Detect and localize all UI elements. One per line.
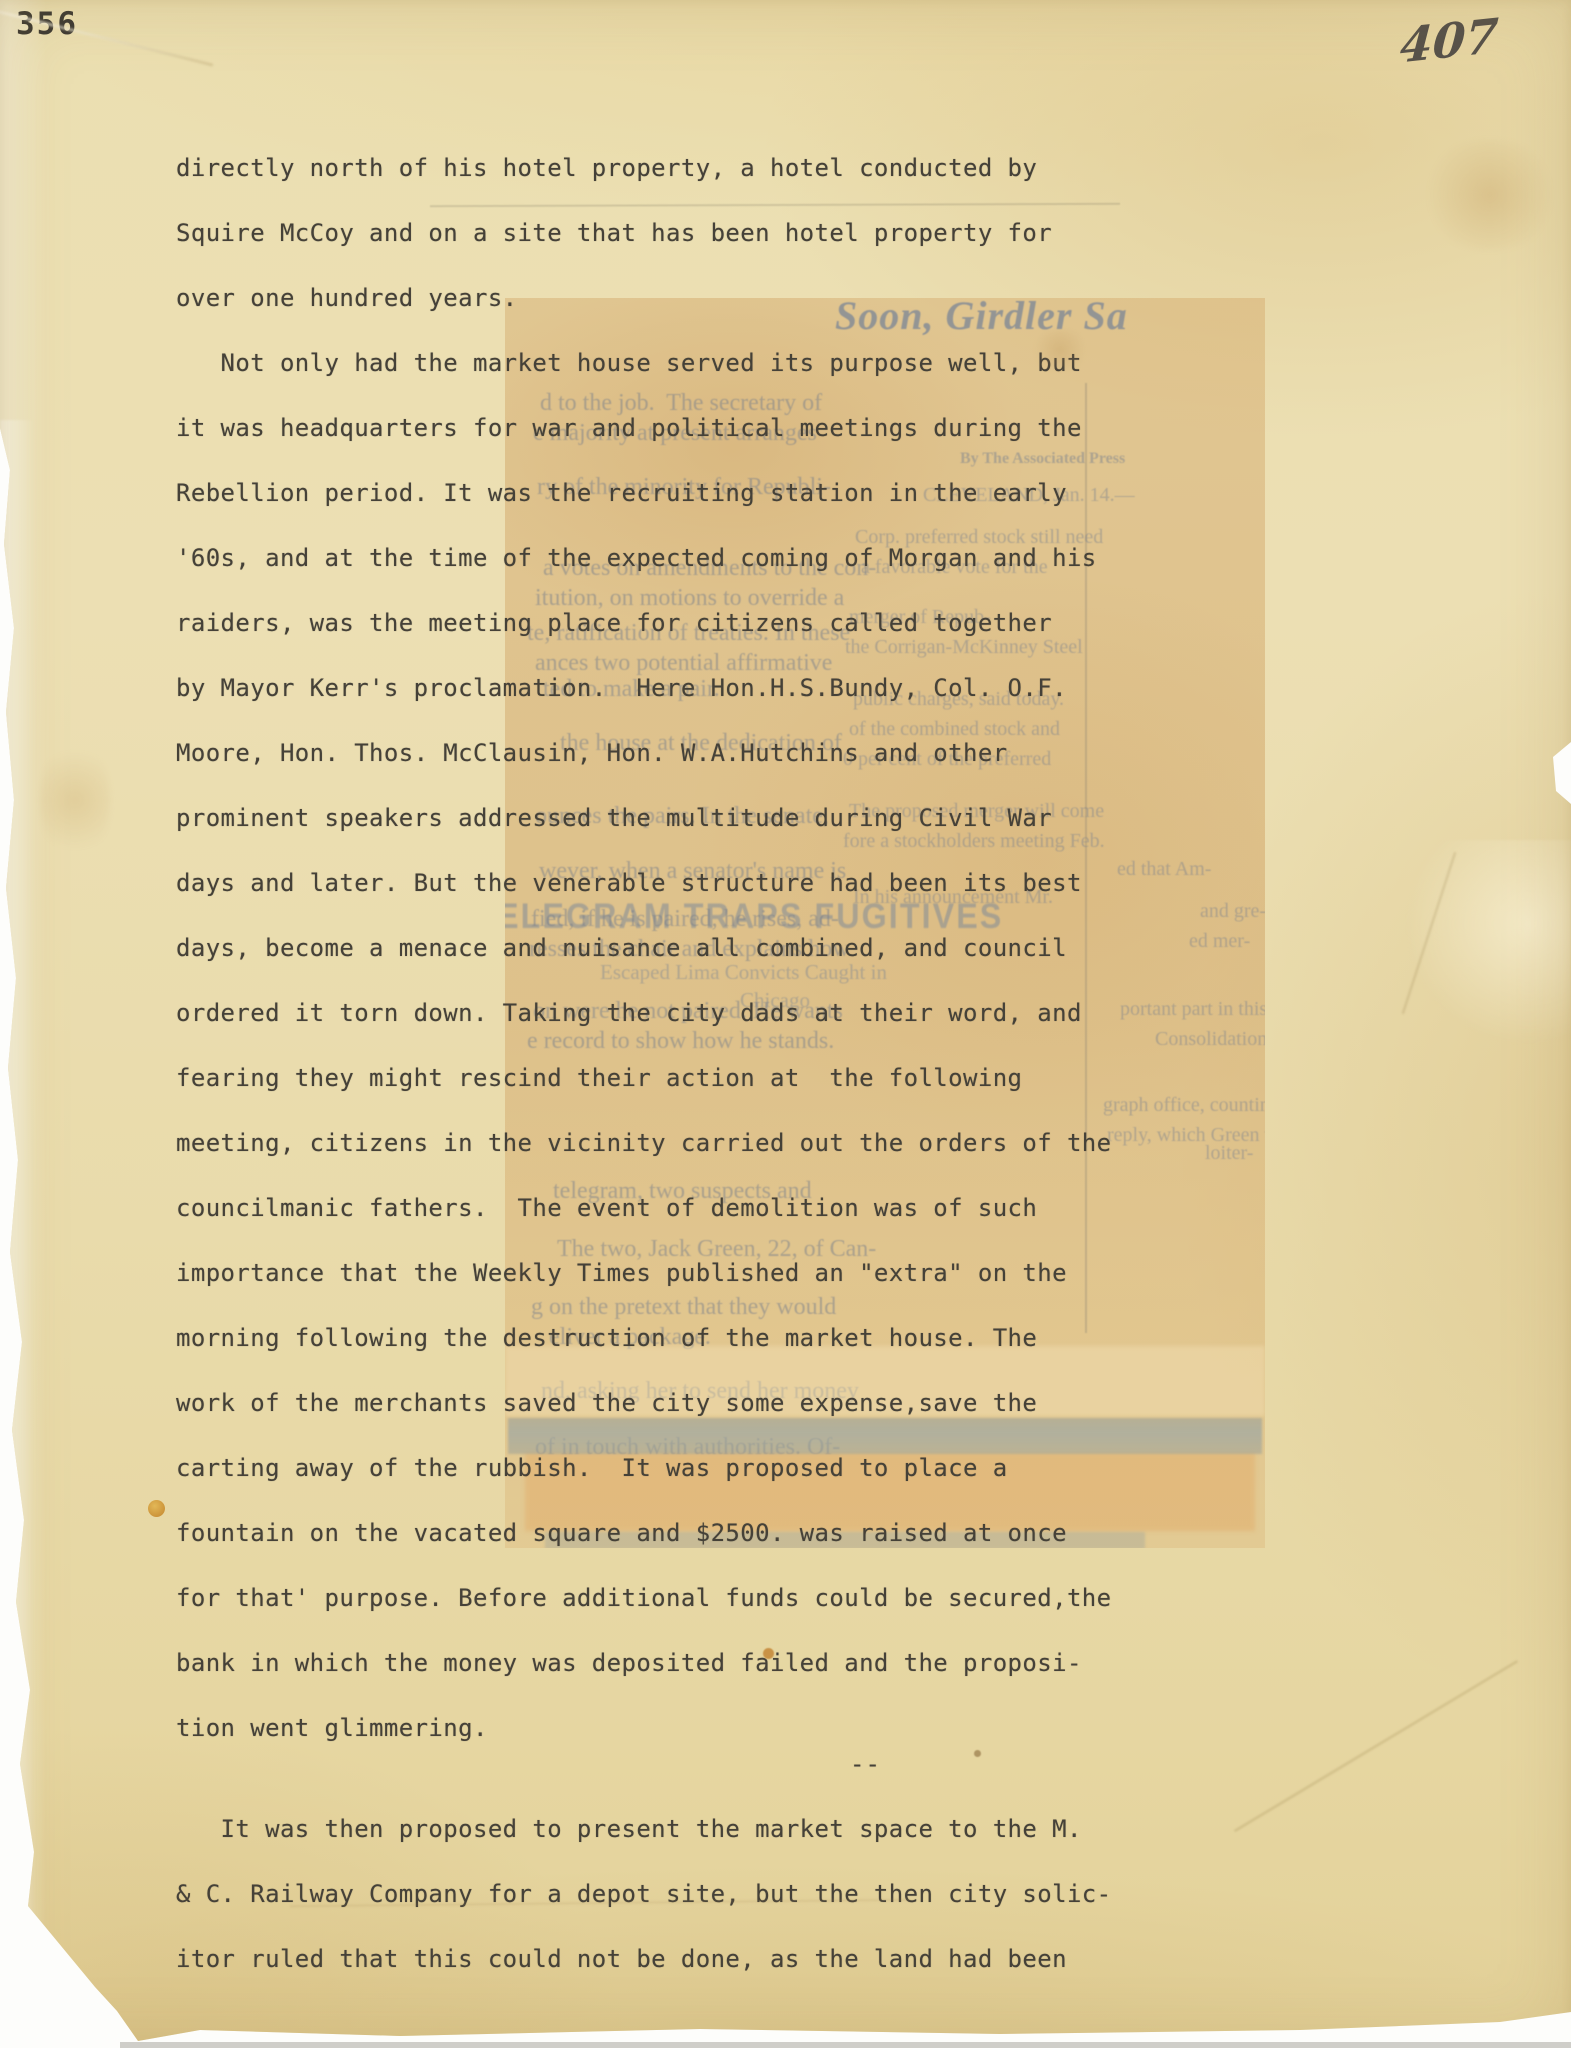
typed-line: days and later. But the venerable struct… [176,851,1186,916]
typed-line: work of the merchants saved the city som… [176,1371,1186,1436]
document-page: Soon, Girdler Sa By The Associated Press… [0,0,1571,2048]
typed-line: directly north of his hotel property, a … [176,136,1186,201]
typed-line: it was headquarters for war and politica… [176,396,1186,461]
newsprint-fragment: loiter- [1205,1142,1253,1165]
typed-line: days, become a menace and nuisance all c… [176,916,1186,981]
orange-dot-small [763,1648,774,1659]
typed-line: raiders, was the meeting place for citiz… [176,591,1186,656]
typed-line: prominent speakers addressed the multitu… [176,786,1186,851]
typed-line: carting away of the rubbish. It was prop… [176,1436,1186,1501]
foxing-stain-top-right [1420,140,1560,250]
crease-bottom-right [1234,1660,1518,1832]
newsprint-fragment: and gre- [1200,900,1265,923]
typed-line: It was then proposed to present the mark… [176,1797,1186,1862]
typed-line: '60s, and at the time of the expected co… [176,526,1186,591]
typed-line: Moore, Hon. Thos. McClausin, Hon. W.A.Hu… [176,721,1186,786]
typed-line: Squire McCoy and on a site that has been… [176,201,1186,266]
orange-dot-left-margin [148,1500,165,1517]
typed-line: bank in which the money was deposited fa… [176,1631,1186,1696]
scan-background: Soon, Girdler Sa By The Associated Press… [0,0,1571,2048]
torn-left-edge [0,420,34,2048]
typed-line: for that' purpose. Before additional fun… [176,1566,1186,1631]
typed-line: over one hundred years. [176,266,1186,331]
scan-edge-shadow [120,2042,1571,2048]
typed-line: importance that the Weekly Times publish… [176,1241,1186,1306]
typed-line: fearing they might rescind their action … [176,1046,1186,1111]
typed-line: fountain on the vacated square and $2500… [176,1501,1186,1566]
typed-line: by Mayor Kerr's proclamation. Here Hon.H… [176,656,1186,721]
typed-line: Rebellion period. It was the recruiting … [176,461,1186,526]
foxing-stain-small [1030,330,1090,370]
newsprint-fragment: ed mer- [1189,930,1250,953]
typed-line: morning following the destruction of the… [176,1306,1186,1371]
typed-line: itor ruled that this could not be done, … [176,1927,1186,1992]
typed-line: councilmanic fathers. The event of demol… [176,1176,1186,1241]
typewritten-text: directly north of his hotel property, a … [176,136,1186,1992]
brown-speck [974,1750,981,1757]
page-number-handwritten: 407 [1398,9,1499,75]
foxing-stain-left-edge [40,740,110,860]
typed-line: meeting, citizens in the vicinity carrie… [176,1111,1186,1176]
typed-line: & C. Railway Company for a depot site, b… [176,1862,1186,1927]
typed-line: ordered it torn down. Taking the city da… [176,981,1186,1046]
